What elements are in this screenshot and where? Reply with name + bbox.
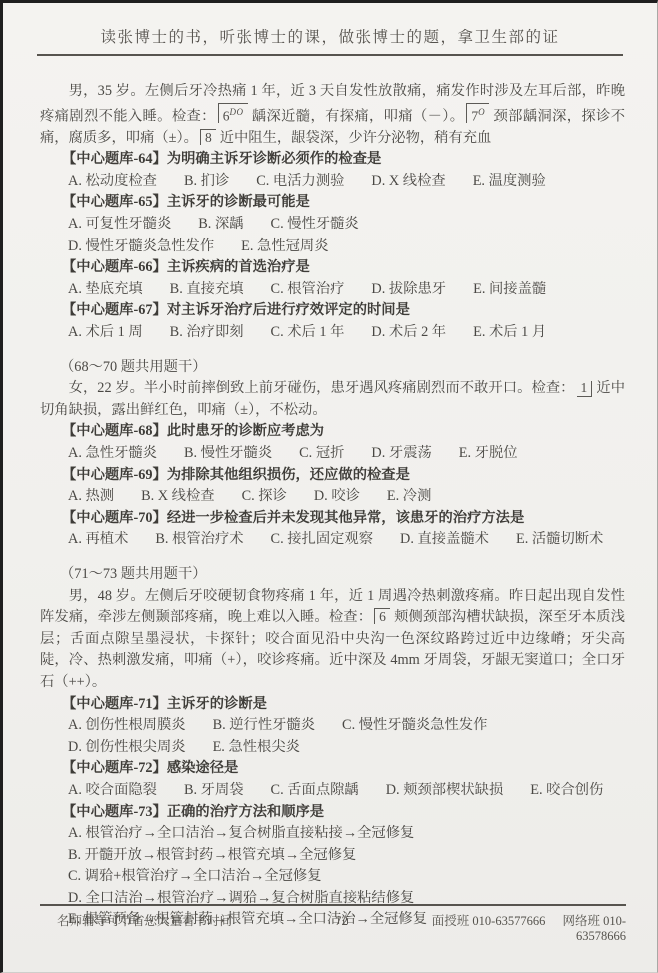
option-e: E. 急性根尖炎	[213, 737, 300, 759]
question-title: 为明确主诉牙诊断必须作的检查是	[167, 151, 381, 167]
question-id: 【中心题库-65】	[62, 194, 167, 210]
option-a: A. 松动度检查	[68, 171, 157, 193]
option-d: D. 颊颈部楔状缺损	[386, 780, 504, 802]
question-title: 对主诉牙治疗后进行疗效评定的时间是	[167, 302, 410, 318]
question-title: 为排除其他组织损伤，还应做的检查是	[167, 467, 410, 483]
option-d: D. X 线检查	[371, 171, 445, 193]
question-heading-72: 【中心题库-72】感染途径是	[62, 758, 625, 780]
option-line: D. 慢性牙髓炎急性发作E. 急性冠周炎	[68, 236, 625, 258]
option-d: D. 拔除患牙	[371, 279, 446, 301]
question-title: 经进一步检查后并未发现其他异常，该患牙的治疗方法是	[167, 510, 524, 526]
header-slogan: 读张博士的书，听张博士的课，做张博士的题，拿卫生部的证	[3, 25, 657, 47]
shared-stem-text: 女，22 岁。半小时前摔倒致上前牙碰伤，患牙遇风疼痛剧烈而不敢开口。检查：1近中…	[40, 378, 625, 421]
question-id: 【中心题库-66】	[62, 259, 167, 275]
option-b: B. 扪诊	[184, 171, 229, 193]
question-heading-66: 【中心题库-66】主诉疾病的首选治疗是	[62, 257, 625, 279]
shared-stem-text: 男，48 岁。左侧后牙咬硬韧食物疼痛 1 年，近 1 周遇冷热刺激疼痛。昨日起出…	[40, 586, 625, 694]
option-d: D. 咬诊	[314, 486, 360, 508]
option-e: E. 牙脱位	[459, 443, 518, 465]
option-a: A. 可复性牙髓炎	[68, 214, 171, 236]
tooth-number: 8	[205, 130, 212, 145]
option-c: C. 冠折	[299, 443, 344, 465]
shared-stem-label: （68～70 题共用题干）	[60, 357, 625, 379]
option-line: A. 急性牙髓炎B. 慢性牙髓炎C. 冠折D. 牙震荡E. 牙脱位	[68, 443, 625, 465]
option-c: C. 探诊	[242, 486, 287, 508]
option-line: A. 根管治疗→全口洁治→复合树脂直接粘接→全冠修复	[68, 823, 625, 845]
question-id: 【中心题库-70】	[62, 510, 167, 526]
option-e: E. 术后 1 月	[473, 322, 546, 344]
tooth-notation-6do: 6DO	[218, 103, 248, 124]
shared-stem-label: （71～73 题共用题干）	[60, 564, 625, 586]
option-b: B. 慢性牙髓炎	[184, 443, 272, 465]
question-title: 正确的治疗方法和顺序是	[167, 804, 324, 820]
footer-slogan: 名师辅导可节省您大量看书时间	[40, 911, 312, 929]
option-e: E. 冷测	[387, 486, 431, 508]
option-b: B. 直接充填	[170, 279, 244, 301]
tooth-superscript: DO	[230, 107, 244, 117]
option-b: B. 开髓开放→根管封药→根管充填→全冠修复	[68, 845, 356, 867]
question-id: 【中心题库-64】	[62, 151, 167, 167]
tooth-notation-1: 1	[577, 381, 593, 397]
tooth-number: 6	[223, 108, 230, 123]
option-a: A. 急性牙髓炎	[68, 443, 157, 465]
option-a: A. 热测	[68, 486, 114, 508]
shared-stem-68-70: （68～70 题共用题干） 女，22 岁。半小时前摔倒致上前牙碰伤，患牙遇风疼痛…	[40, 357, 625, 422]
option-b: B. 深龋	[198, 214, 243, 236]
option-c: C. 电活力测验	[256, 171, 344, 193]
option-c: C. 舌面点隙龋	[271, 780, 359, 802]
option-a: A. 根管治疗→全口洁治→复合树脂直接粘接→全冠修复	[68, 823, 414, 845]
footer-contacts: 面授班 010-63577666 网络班 010-63578666	[372, 911, 627, 944]
option-d: D. 直接盖髓术	[400, 529, 489, 551]
option-line: A. 垫底充填B. 直接充填C. 根管治疗D. 拔除患牙E. 间接盖髓	[68, 279, 625, 301]
question-id: 【中心题库-68】	[62, 423, 167, 439]
option-line: A. 术后 1 周B. 治疗即刻C. 术后 1 年D. 术后 2 年E. 术后 …	[68, 322, 625, 344]
footer-row: 名师辅导可节省您大量看书时间 72 面授班 010-63577666 网络班 0…	[40, 911, 626, 944]
question-heading-64: 【中心题库-64】为明确主诉牙诊断必须作的检查是	[62, 149, 625, 171]
shared-stem-71-73: （71～73 题共用题干） 男，48 岁。左侧后牙咬硬韧食物疼痛 1 年，近 1…	[40, 564, 625, 694]
tooth-notation-8: 8	[200, 129, 216, 145]
option-line: B. 开髓开放→根管封药→根管充填→全冠修复	[68, 845, 625, 867]
option-b: B. 治疗即刻	[170, 322, 244, 344]
option-line: A. 再植术B. 根管治疗术C. 接扎固定观察D. 直接盖髓术E. 活髓切断术	[68, 529, 625, 551]
question-title: 主诉牙的诊断最可能是	[167, 194, 310, 210]
question-id: 【中心题库-71】	[62, 696, 167, 712]
option-line: A. 可复性牙髓炎B. 深龋C. 慢性牙髓炎	[68, 214, 625, 236]
option-d: D. 术后 2 年	[371, 322, 446, 344]
page-header: 读张博士的书，听张博士的课，做张博士的题，拿卫生部的证	[3, 3, 657, 56]
option-d: D. 牙震荡	[371, 443, 431, 465]
option-e: E. 间接盖髓	[473, 279, 546, 301]
case1-stem: 男，35 岁。左侧后牙冷热痛 1 年，近 3 天自发性放散痛，痛发作时涉及左耳后…	[40, 81, 625, 149]
option-e: E. 温度测验	[473, 171, 546, 193]
option-a: A. 创伤性根周膜炎	[68, 715, 186, 737]
question-heading-71: 【中心题库-71】主诉牙的诊断是	[62, 694, 625, 716]
option-a: A. 咬合面隐裂	[68, 780, 157, 802]
option-line: C. 调𬌗+根管治疗→全口洁治→全冠修复	[68, 866, 625, 888]
question-heading-68: 【中心题库-68】此时患牙的诊断应考虑为	[62, 421, 625, 443]
question-heading-69: 【中心题库-69】为排除其他组织损伤，还应做的检查是	[62, 465, 625, 487]
option-c: C. 调𬌗+根管治疗→全口洁治→全冠修复	[68, 866, 322, 888]
option-e: E. 急性冠周炎	[241, 236, 328, 258]
question-id: 【中心题库-69】	[62, 467, 167, 483]
question-heading-73: 【中心题库-73】正确的治疗方法和顺序是	[62, 802, 625, 824]
option-d: D. 创伤性根尖周炎	[68, 737, 186, 759]
question-id: 【中心题库-72】	[62, 760, 167, 776]
option-line: D. 创伤性根尖周炎E. 急性根尖炎	[68, 737, 625, 759]
option-b: B. 逆行性牙髓炎	[213, 715, 315, 737]
tooth-notation-7o: 7O	[466, 103, 489, 124]
question-title: 主诉疾病的首选治疗是	[167, 259, 310, 275]
option-b: B. 根管治疗术	[155, 529, 243, 551]
option-line: A. 松动度检查B. 扪诊C. 电活力测验D. X 线检查E. 温度测验	[68, 171, 625, 193]
footer-phone-face-class: 面授班 010-63577666	[432, 914, 546, 928]
question-title: 感染途径是	[167, 760, 238, 776]
option-b: B. X 线检查	[141, 486, 214, 508]
question-id: 【中心题库-67】	[62, 302, 167, 318]
scanned-book-page: 读张博士的书，听张博士的课，做张博士的题，拿卫生部的证 男，35 岁。左侧后牙冷…	[0, 0, 658, 973]
option-a: A. 再植术	[68, 529, 128, 551]
case2-intro: 女，22 岁。半小时前摔倒致上前牙碰伤，患牙遇风疼痛剧烈而不敢开口。检查：	[69, 380, 575, 396]
option-e: E. 活髓切断术	[516, 529, 603, 551]
option-c: C. 术后 1 年	[271, 322, 345, 344]
page-number: 72	[312, 913, 372, 929]
question-heading-70: 【中心题库-70】经进一步检查后并未发现其他异常，该患牙的治疗方法是	[62, 508, 625, 530]
question-id: 【中心题库-73】	[62, 804, 167, 820]
option-line: A. 创伤性根周膜炎B. 逆行性牙髓炎C. 慢性牙髓炎急性发作	[68, 715, 625, 737]
option-d: D. 慢性牙髓炎急性发作	[68, 236, 214, 258]
question-title: 此时患牙的诊断应考虑为	[167, 423, 324, 439]
tooth-number: 6	[379, 609, 386, 624]
option-c: C. 接扎固定观察	[271, 529, 373, 551]
question-title: 主诉牙的诊断是	[167, 696, 267, 712]
option-c: C. 慢性牙髓炎	[271, 214, 359, 236]
option-c: C. 根管治疗	[271, 279, 345, 301]
tooth-superscript: O	[478, 107, 485, 117]
page-body: 男，35 岁。左侧后牙冷热痛 1 年，近 3 天自发性放散痛，痛发作时涉及左耳后…	[3, 56, 657, 931]
option-line: A. 热测B. X 线检查C. 探诊D. 咬诊E. 冷测	[68, 486, 625, 508]
tooth-notation-6: 6	[374, 608, 390, 624]
footer-phone-online-class: 网络班 010-63578666	[562, 914, 626, 943]
tooth-number: 1	[581, 380, 588, 395]
footer-rule	[40, 904, 626, 906]
option-a: A. 术后 1 周	[68, 322, 143, 344]
question-heading-65: 【中心题库-65】主诉牙的诊断最可能是	[62, 192, 625, 214]
option-a: A. 垫底充填	[68, 279, 143, 301]
option-e: E. 咬合创伤	[530, 780, 603, 802]
question-heading-67: 【中心题库-67】对主诉牙治疗后进行疗效评定的时间是	[62, 300, 625, 322]
case1-finding-1: 龋深近髓，有探痛，叩痛（－）。	[252, 108, 465, 124]
page-footer: 名师辅导可节省您大量看书时间 72 面授班 010-63577666 网络班 0…	[40, 904, 626, 944]
option-line: A. 咬合面隐裂B. 牙周袋C. 舌面点隙龋D. 颊颈部楔状缺损E. 咬合创伤	[68, 780, 625, 802]
case1-finding-3: 近中阻生，龈袋深，少许分泌物，稍有充血	[220, 130, 492, 146]
option-c: C. 慢性牙髓炎急性发作	[342, 715, 487, 737]
option-b: B. 牙周袋	[184, 780, 244, 802]
